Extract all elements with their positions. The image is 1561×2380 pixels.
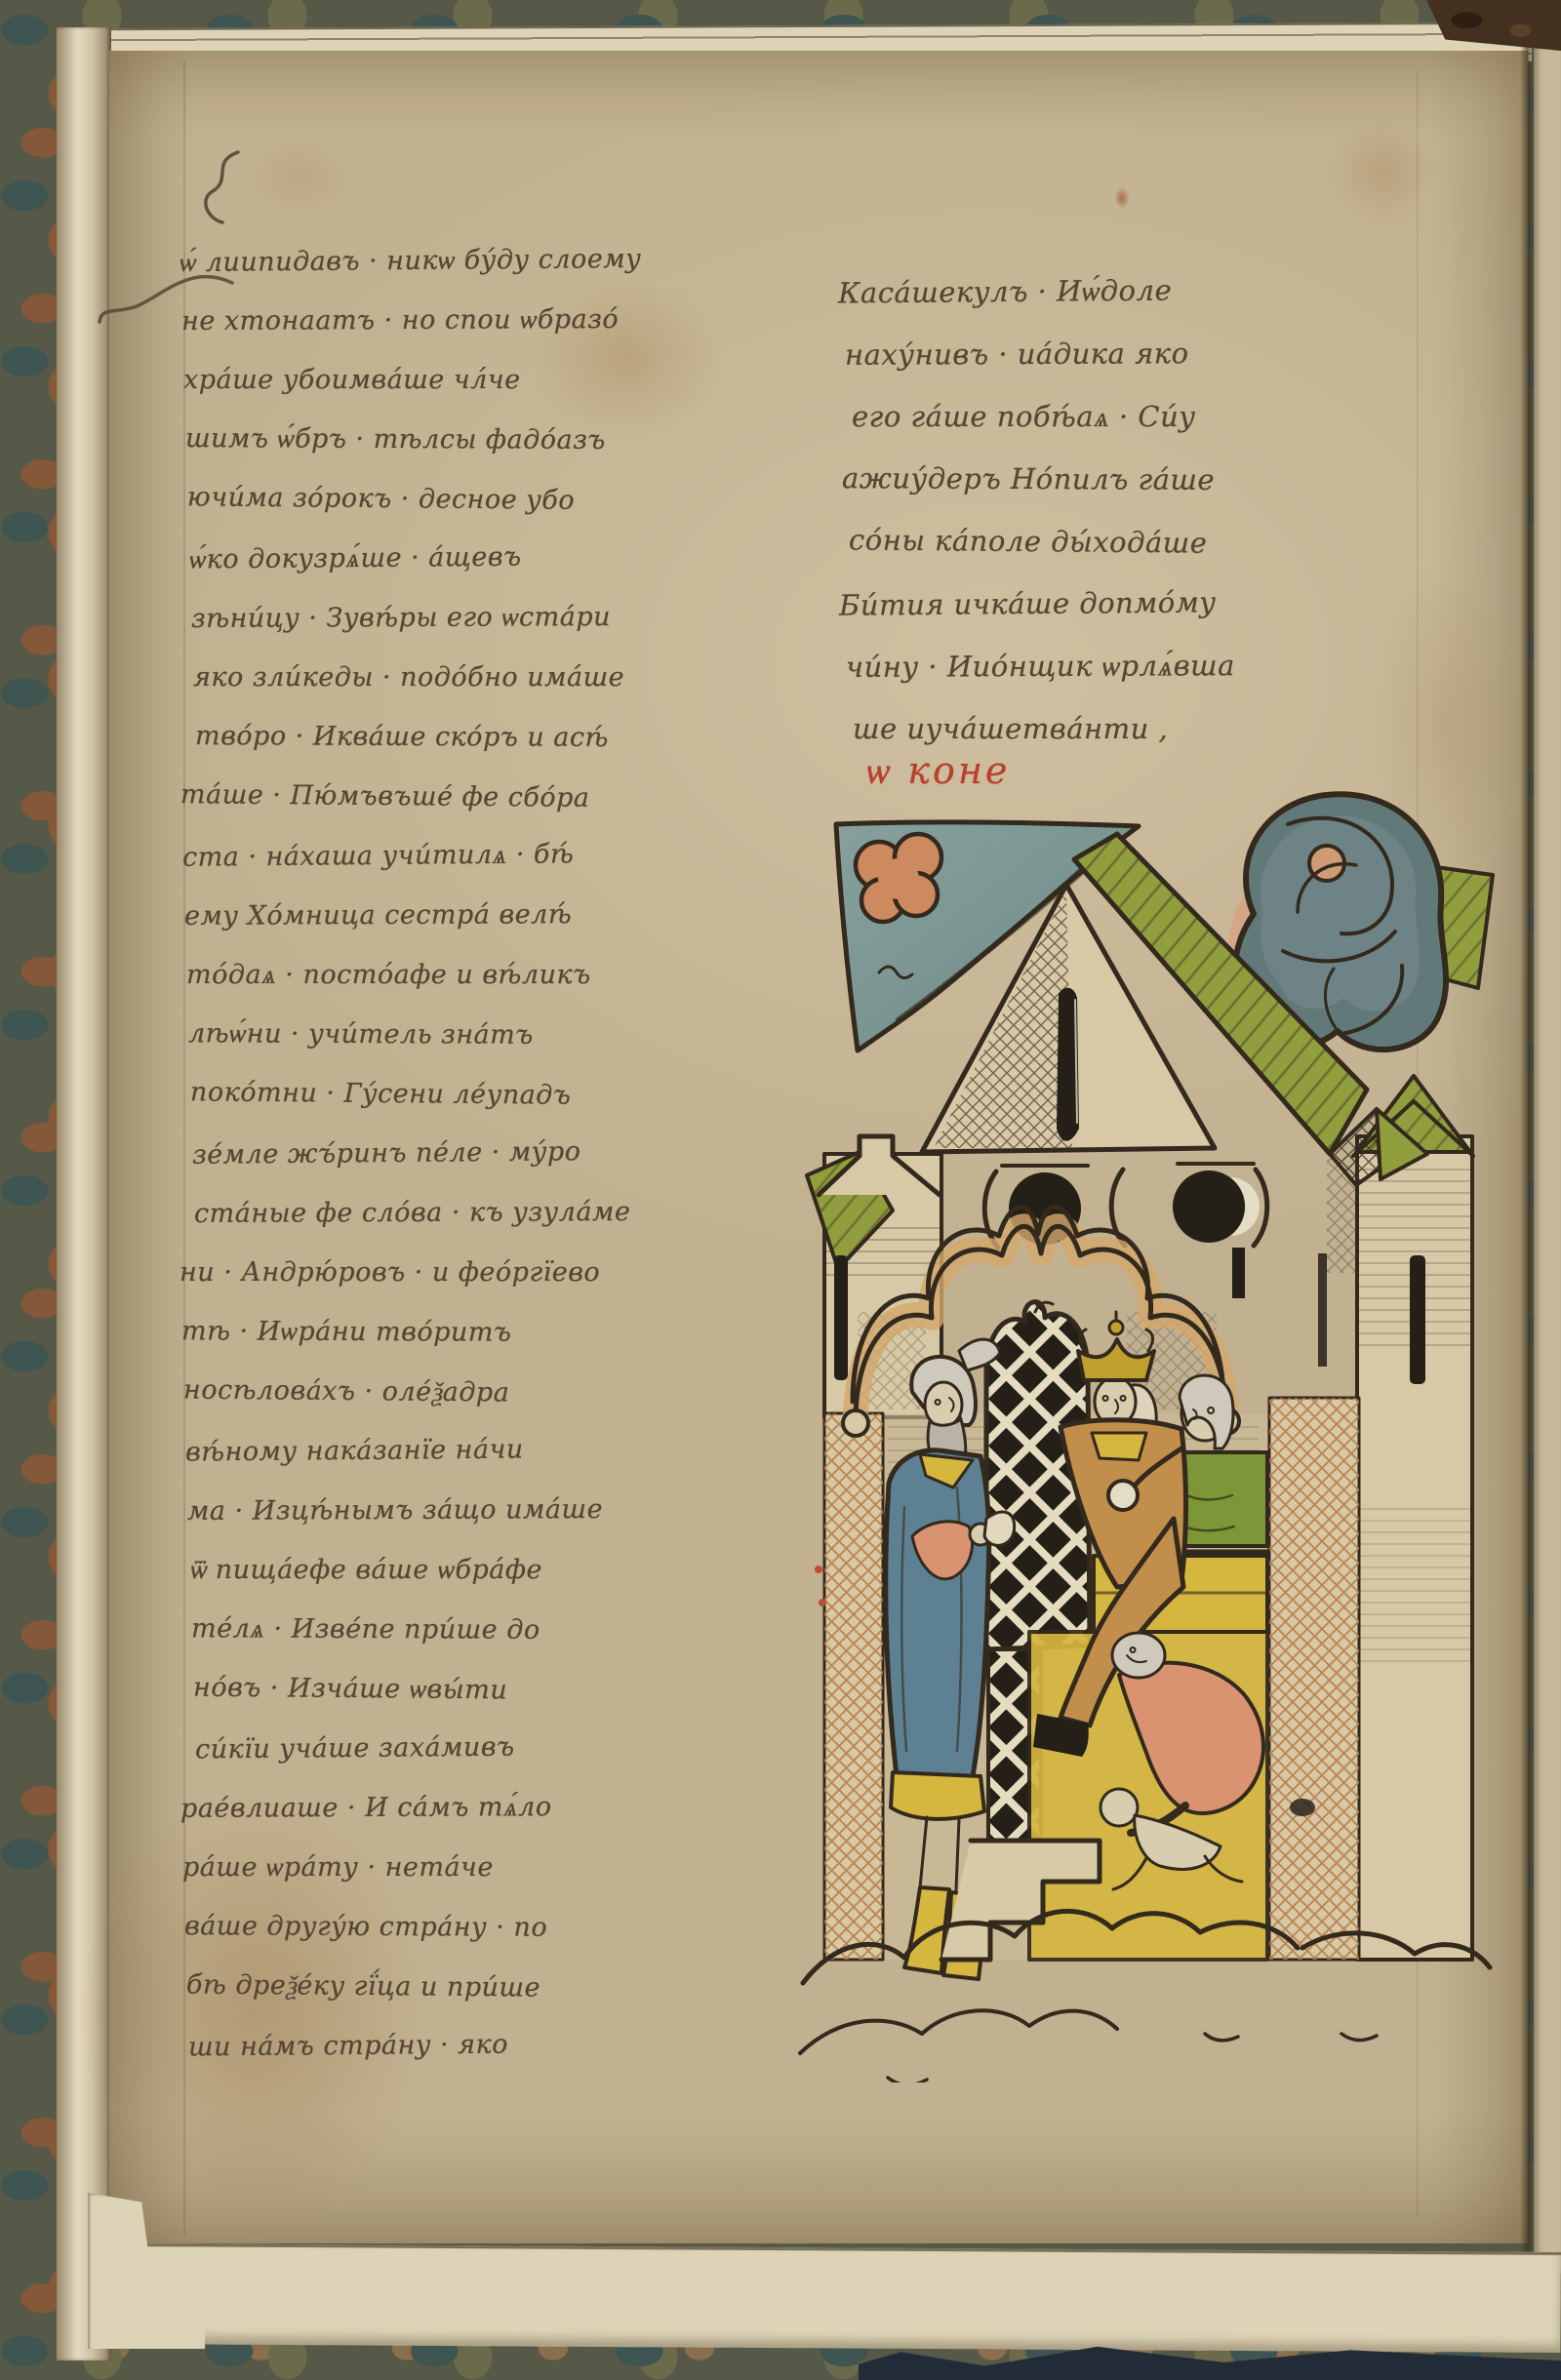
manuscript-line: ему Хо́мница сестра́ велѣ́: [184, 899, 572, 932]
manuscript-line: те́лѧ · Изве́пе при́ше до: [191, 1613, 540, 1646]
page-stack-bottom-edge: [124, 2243, 1561, 2353]
manuscript-line: наху́нивъ · иа́дика яко: [845, 337, 1189, 372]
left-pilaster: [824, 1413, 883, 1960]
manuscript-line: то́даѧ · посто́афе и вѣ́ликъ: [186, 960, 591, 990]
manuscript-line: ѡ́ лиипидавъ · никѡ бу́ду слоему: [180, 244, 642, 278]
manuscript-line: не хтонаатъ · но спои ѡбразо́: [181, 304, 619, 337]
manuscript-line: лѣѡ́ни · учи́тель зна́тъ: [188, 1018, 534, 1051]
manuscript-line: ни · Андрю́ровъ · и фео́ргїево: [180, 1257, 600, 1288]
manuscript-line: тѣ · Иѡра́ни тво́ритъ: [181, 1316, 512, 1347]
manuscript-photo: ѡ́ лиипидавъ · никѡ бу́ду слоемуне хтона…: [0, 0, 1561, 2380]
manuscript-line: зе́мле жъ́ринъ пе́ле · му́ро: [192, 1136, 581, 1170]
red-dot: [819, 1599, 826, 1606]
paper-stain: [1329, 119, 1436, 226]
manuscript-line: чи́ну · Иио́нщик ѡрлѧ́вша: [846, 649, 1235, 685]
paper-stain: [246, 139, 353, 217]
manuscript-line: ѿ пища́ефе ва́ше ѡбра́фе: [189, 1555, 542, 1585]
ink-smudge: [1290, 1799, 1315, 1816]
manuscript-line: ра́ше ѡра́ту · нета́че: [182, 1852, 494, 1883]
manuscript-line: тво́ро · Иква́ше ско́ръ и асѣ́: [195, 721, 609, 753]
manuscript-line: ма · Изцѣ́нымъ за́що има́ше: [187, 1494, 603, 1527]
miniature-illustration: [795, 766, 1498, 2082]
manuscript-line: рае́влиаше · И са́мъ тѧ́ло: [180, 1792, 552, 1824]
manuscript-line: та́ше · Пю́мъвъше́ фе сбо́ра: [180, 779, 590, 813]
manuscript-line: ажиу́деръ Но́пилъ га́ше: [842, 461, 1215, 496]
right-pilaster: [1269, 1253, 1359, 1960]
manuscript-line: шимъ ѡ́бръ · тѣлсы фадо́азъ: [185, 423, 606, 456]
initial-mark: [193, 146, 261, 234]
manuscript-line: носѣлова́хъ · оле́ѯадра: [183, 1375, 510, 1408]
page-crease: [1520, 39, 1534, 2263]
adjacent-page-edge: [1534, 39, 1561, 2273]
right-text-column: Каса́шекулъ · Иѡ́доленаху́нивъ · иа́дика…: [844, 275, 1293, 782]
manuscript-line: вѣ́ному нака́занїе на́чи: [185, 1434, 524, 1467]
marginal-flourish: [94, 261, 240, 349]
manuscript-line: его га́ше побѣ́аѧ · Си́у: [852, 400, 1196, 434]
left-text-column: ѡ́ лиипидавъ · никѡ бу́ду слоемуне хтона…: [185, 246, 576, 2099]
manuscript-line: яко зли́кеды · подо́бно има́ше: [193, 662, 624, 693]
manuscript-line: ста · на́хаша учи́тилѧ · бѣ́: [182, 839, 575, 873]
manuscript-line: ѡ́ко докузрѧ́ше · а́щевъ: [189, 542, 522, 575]
gutter-fold-edge: [57, 27, 111, 2360]
manuscript-line: си́кїи уча́ше заха́мивъ: [195, 1732, 515, 1765]
manuscript-line: ва́ше другу́ю стра́ну · по: [184, 1911, 547, 1943]
manuscript-line: хра́ше убоимва́ше чл́че: [183, 365, 521, 395]
manuscript-line: Каса́шекулъ · Иѡ́доле: [838, 274, 1172, 311]
manuscript-line: зѣни́цу · Зувѣ́ры его ѡста́ри: [191, 602, 611, 634]
manuscript-line: бѣ дреѯе́ку гї́ца и при́ше: [186, 1969, 540, 2003]
manuscript-line: со́ны ка́поле ды́хода́ше: [849, 523, 1208, 559]
quatrefoil-icon: [856, 834, 941, 922]
manuscript-line: ши на́мъ стра́ну · яко: [188, 2030, 508, 2063]
manuscript-line: ста́ные фе сло́ва · къ узула́ме: [194, 1197, 631, 1229]
manuscript-line: но́въ · Изча́ше ѡвы́ти: [193, 1673, 507, 1706]
manuscript-line: поко́тни · Гу́сени ле́упадъ: [190, 1077, 572, 1110]
red-dot: [815, 1566, 822, 1573]
rust-speck: [1114, 187, 1130, 209]
manuscript-line: ючи́ма зо́рокъ · десное убо: [187, 482, 575, 515]
spandrel-slit: [1232, 1248, 1245, 1298]
manuscript-line: ше иуча́шетва́нти ,: [853, 712, 1168, 745]
manuscript-line: Би́тия ичка́ше допмо́му: [839, 585, 1217, 621]
